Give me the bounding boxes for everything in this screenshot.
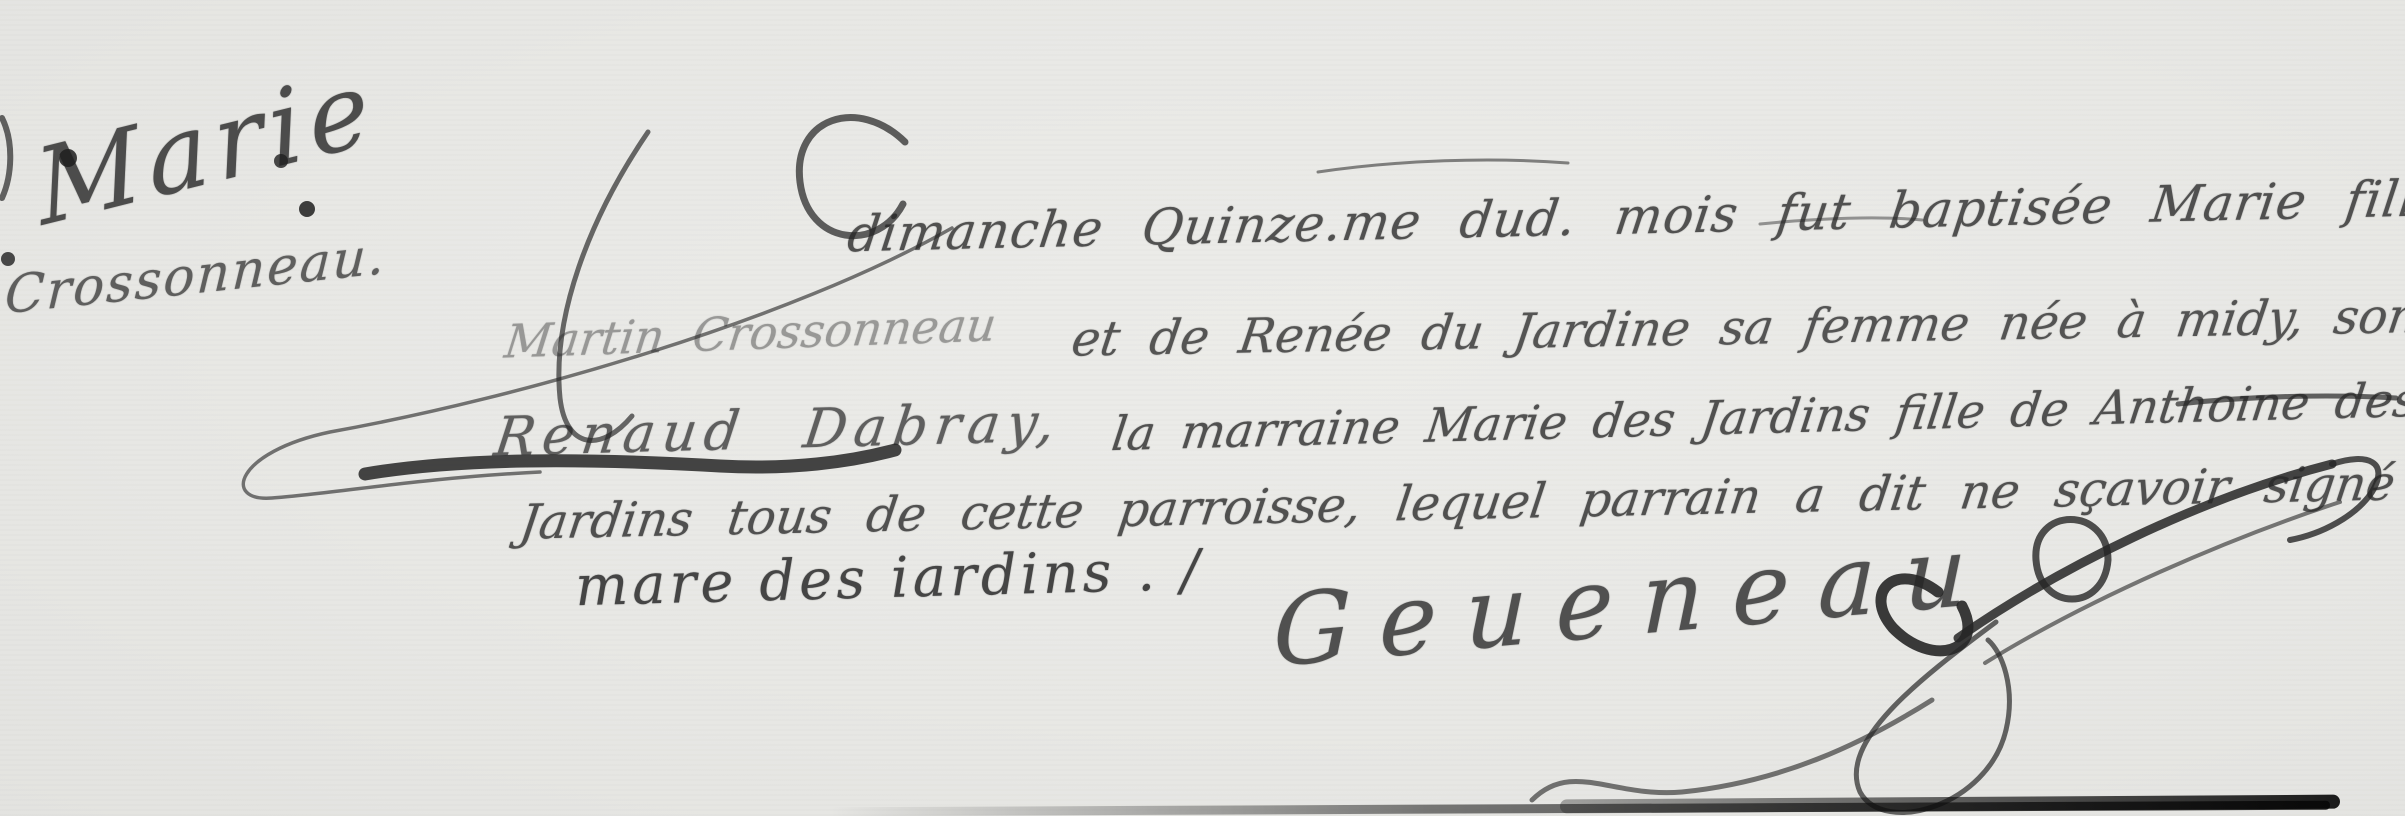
margin-name-first: Marie [29, 44, 384, 250]
manuscript-page: Marie Crossonneau. dimanche Quinze.me du… [0, 0, 2405, 816]
ink-blot [299, 201, 315, 217]
record-line-3-lead: Renaud Dabray, [491, 390, 1066, 468]
record-line-4: Jardins tous de cette parroisse, lequel … [516, 453, 2405, 551]
paraph-thin-diagonal [1985, 502, 2340, 663]
godmother-signature: mare des iardins . / [574, 538, 1204, 619]
paraph-small-loop [2036, 520, 2108, 600]
record-line-2: et de Renée du Jardine sa femme née à mi… [1068, 284, 2405, 367]
paraph-bottom-wave [1532, 700, 1932, 800]
record-line-2-faint: Martin Crossonneau [502, 297, 1000, 368]
officiant-signature: Geueneau [1272, 512, 1995, 690]
bottom-ink-smear-dark [1560, 795, 2340, 814]
paraph-descender-loop [1856, 622, 2009, 812]
flourish-tall-stroke [559, 132, 648, 440]
record-line-3: la marraine Marie des Jardins fille de A… [1109, 373, 2405, 462]
abbreviation-tilde [1318, 160, 1568, 172]
ink-blot [1, 252, 15, 266]
left-edge-mark [2, 118, 10, 198]
record-line-1: dimanche Quinze.me dud. mois fut baptisé… [844, 167, 2405, 264]
